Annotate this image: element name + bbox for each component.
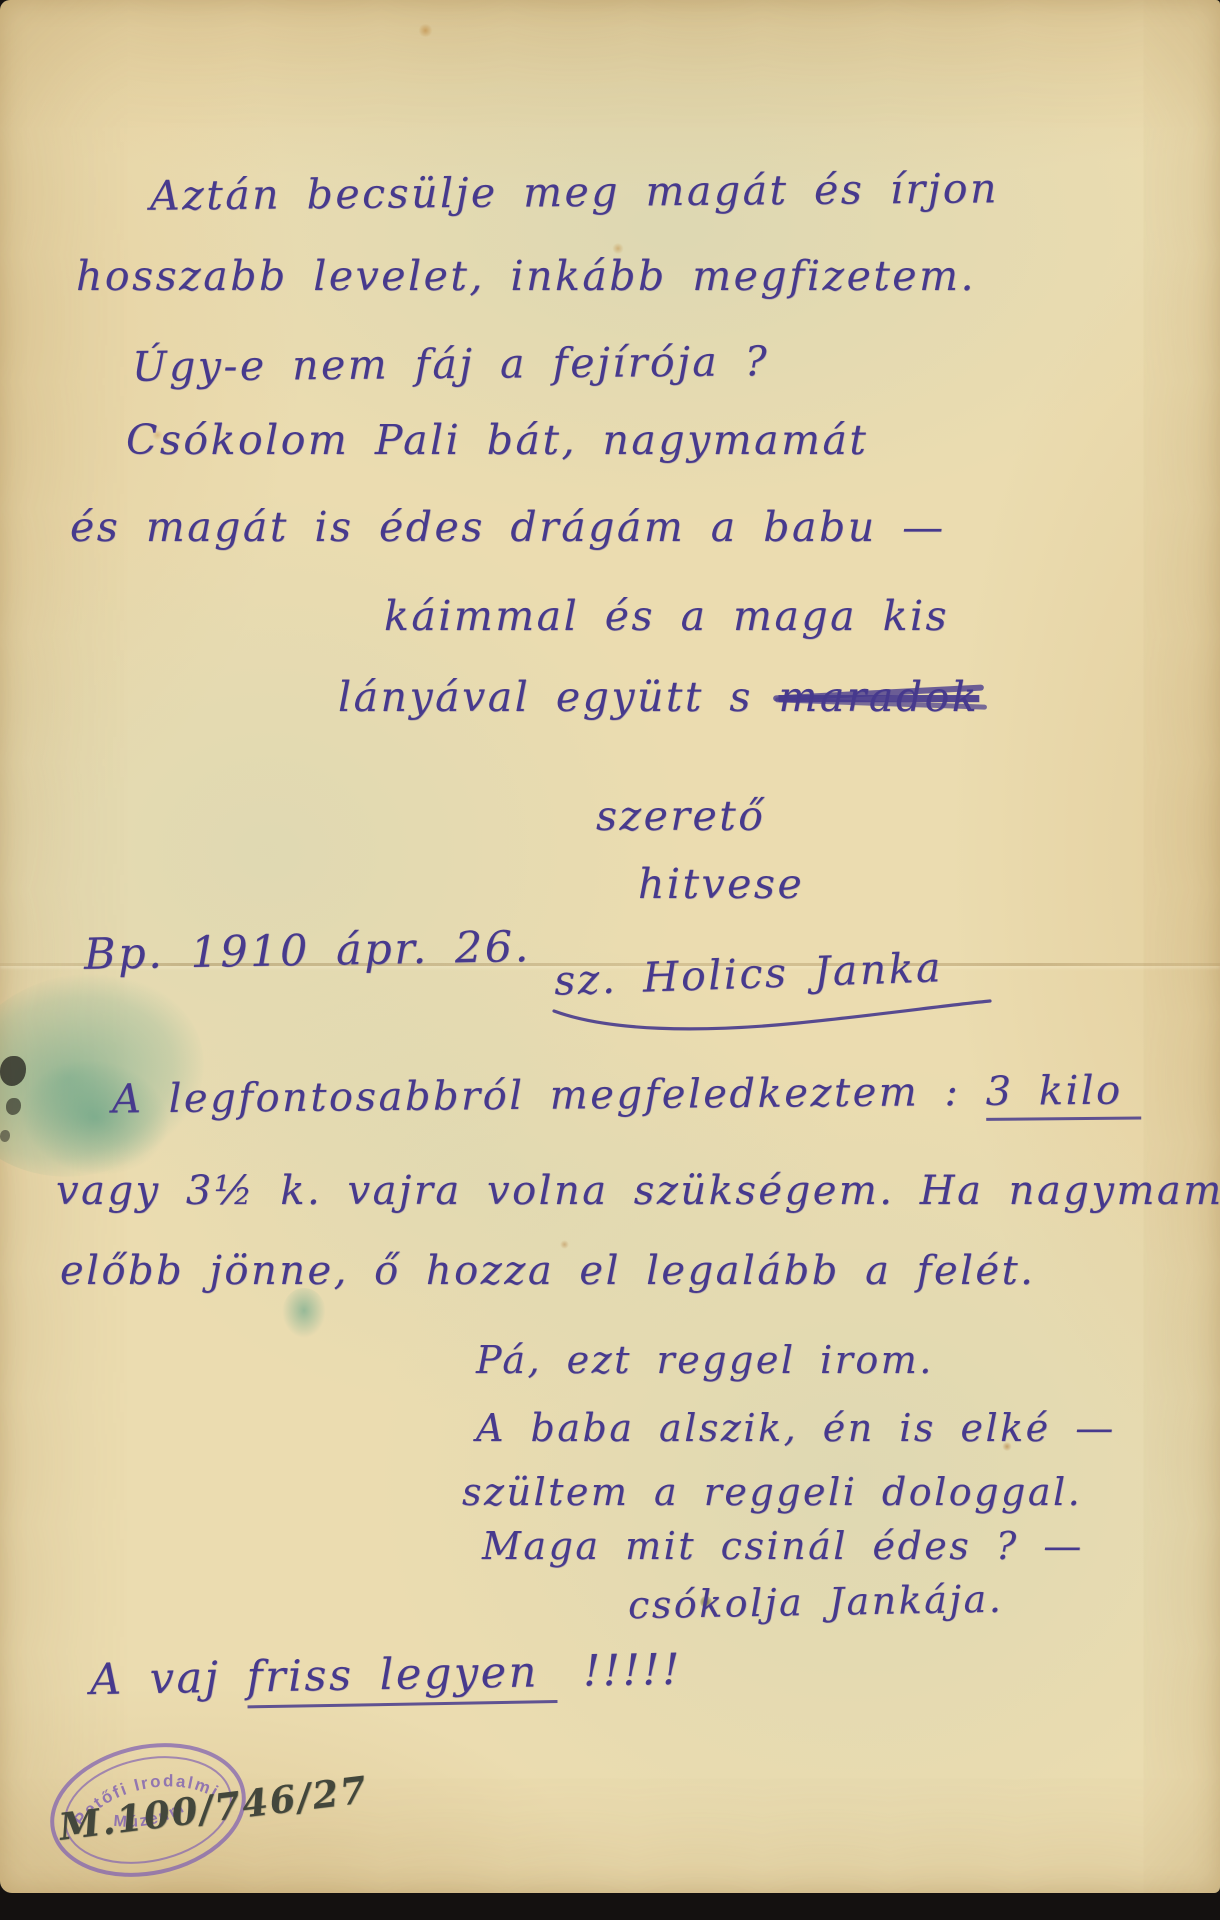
letter-line: Maga mit csinál édes ? — xyxy=(482,1524,1084,1568)
letter-line: Bp. 1910 ápr. 26. xyxy=(84,922,532,980)
letter-text: hitvese xyxy=(638,860,804,908)
letter-line: A legfontosabbról megfeledkeztem : 3 kil… xyxy=(112,1068,1141,1123)
letter-line: lányával együtt s maradok xyxy=(338,673,979,721)
scanned-letter-frame: Petőfi Irodalmi Múzeum M.100/746/27 Aztá… xyxy=(0,0,1220,1920)
ink-speck xyxy=(0,1056,26,1086)
letter-text: Pá, ezt reggel irom. xyxy=(476,1338,934,1382)
scribbled-word: maradok xyxy=(778,673,979,721)
letter-text: friss legyen xyxy=(246,1647,557,1708)
ink-speck xyxy=(6,1098,21,1115)
letter-line: Úgy-e nem fáj a fejírója ? xyxy=(132,337,770,391)
ink-speck xyxy=(0,1130,10,1142)
letter-line: hitvese xyxy=(638,860,804,908)
letter-text: A legfontosabbról megfeledkeztem : xyxy=(112,1069,986,1123)
letter-text: lányával együtt s xyxy=(338,673,778,721)
letter-text: !!!!! xyxy=(556,1645,682,1697)
letter-text: Aztán becsülje meg magát és írjon xyxy=(150,164,999,219)
letter-text: és magát is édes drágám a babu — xyxy=(70,503,946,551)
letter-text: Csókolom Pali bát, nagymamát xyxy=(126,416,868,464)
letter-text: vagy 3½ k. vajra volna szükségem. Ha nag… xyxy=(56,1168,1220,1214)
letter-text: káimmal és a maga kis xyxy=(384,592,949,640)
letter-line: Aztán becsülje meg magát és írjon xyxy=(150,164,999,219)
letter-line: Csókolom Pali bát, nagymamát xyxy=(126,416,868,464)
letter-text: Úgy-e nem fáj a fejírója ? xyxy=(132,337,770,391)
letter-text: A vaj xyxy=(90,1652,248,1705)
letter-text: 3 kilo xyxy=(985,1068,1141,1121)
letter-text: szültem a reggeli dologgal. xyxy=(462,1470,1082,1514)
letter-line: Pá, ezt reggel irom. xyxy=(476,1338,934,1382)
letter-text: hosszabb levelet, inkább megfizetem. xyxy=(76,252,976,300)
letter-text: szerető xyxy=(596,792,765,840)
letter-line: A baba alszik, én is elké — xyxy=(476,1406,1116,1450)
letter-page: Petőfi Irodalmi Múzeum M.100/746/27 Aztá… xyxy=(0,0,1220,1893)
letter-text: csókolja Jankája. xyxy=(628,1577,1004,1628)
teal-stain-small xyxy=(282,1288,326,1338)
letter-text: Maga mit csinál édes ? — xyxy=(482,1524,1084,1568)
letter-text: A baba alszik, én is elké — xyxy=(476,1406,1116,1450)
letter-line: és magát is édes drágám a babu — xyxy=(70,503,946,551)
letter-line: hosszabb levelet, inkább megfizetem. xyxy=(76,252,976,300)
letter-line: csókolja Jankája. xyxy=(628,1577,1004,1628)
letter-line: szültem a reggeli dologgal. xyxy=(462,1470,1082,1514)
letter-text: előbb jönne, ő hozza el legalább a felét… xyxy=(60,1248,1035,1294)
letter-line: A vaj friss legyen !!!!! xyxy=(90,1645,683,1705)
letter-text: Bp. 1910 ápr. 26. xyxy=(84,922,532,980)
letter-line: előbb jönne, ő hozza el legalább a felét… xyxy=(60,1248,1035,1294)
letter-line: szerető xyxy=(596,792,765,840)
letter-line: káimmal és a maga kis xyxy=(384,592,949,640)
letter-line: vagy 3½ k. vajra volna szükségem. Ha nag… xyxy=(56,1168,1220,1214)
fox-spot xyxy=(418,24,433,37)
